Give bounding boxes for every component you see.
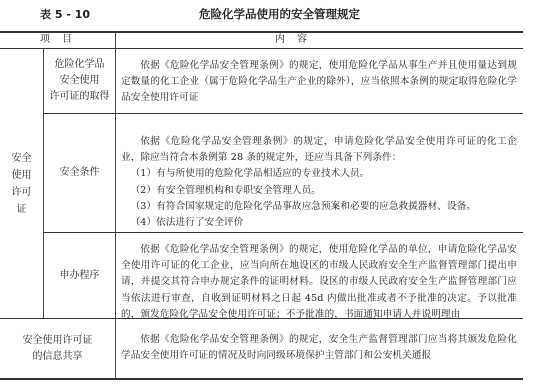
row-label-permit-acquisition: 危险化学品 安全使用 许可证的取得 xyxy=(44,49,115,113)
table-bottom-rule xyxy=(0,378,523,380)
table-caption: 表 5 - 10 危险化学品使用的安全管理规定 xyxy=(36,6,523,24)
row-content-application-procedure: 依据《危险化学品安全管理条例》的规定，使用危险化学品的单位，申请危险化学品安全使… xyxy=(121,242,517,323)
row-content-permit-acquisition: 依据《危险化学品安全管理条例》的规定，使用危险化学品从事生产并且使用量达到规定数… xyxy=(121,58,517,107)
row-content-safety-conditions: 依据《危险化学品安全管理条例》的规定，申请危险化学品安全使用许可证的化工企业，除… xyxy=(121,134,517,231)
header-item: 项 目 xyxy=(40,31,73,48)
condition-item: （1）有与所使用的危险化学品相适应的专业技术人员。 xyxy=(121,166,517,182)
row-label-application-procedure: 申办程序 xyxy=(44,233,115,318)
row-label-safety-conditions: 安全条件 xyxy=(44,114,115,232)
header-content: 内 容 xyxy=(275,31,308,48)
condition-item: （3）有符合国家规定的危险化学品事故应急预案和必要的应急救援器材、设备。 xyxy=(121,199,517,215)
row-content-information-sharing: 依据《危险化学品安全管理条例》的规定，安全生产监督管理部门应当将其颁发危险化学品… xyxy=(121,332,517,364)
group-label: 安全 使用 许可 证 xyxy=(0,49,43,318)
table-title: 危险化学品使用的安全管理规定 xyxy=(36,6,523,22)
item-content-divider xyxy=(115,31,116,379)
condition-item: （4）依法进行了安全评价 xyxy=(121,215,517,231)
row-label-information-sharing: 安全使用许可证 的信息共享 xyxy=(0,319,115,378)
regulations-table: 项 目 内 容 安全 使用 许可 证 危险化学品 安全使用 许可证的取得 依据《… xyxy=(0,31,523,379)
condition-item: （2）有安全管理机构和专职安全管理人员。 xyxy=(121,183,517,199)
table-top-rule xyxy=(0,31,523,33)
